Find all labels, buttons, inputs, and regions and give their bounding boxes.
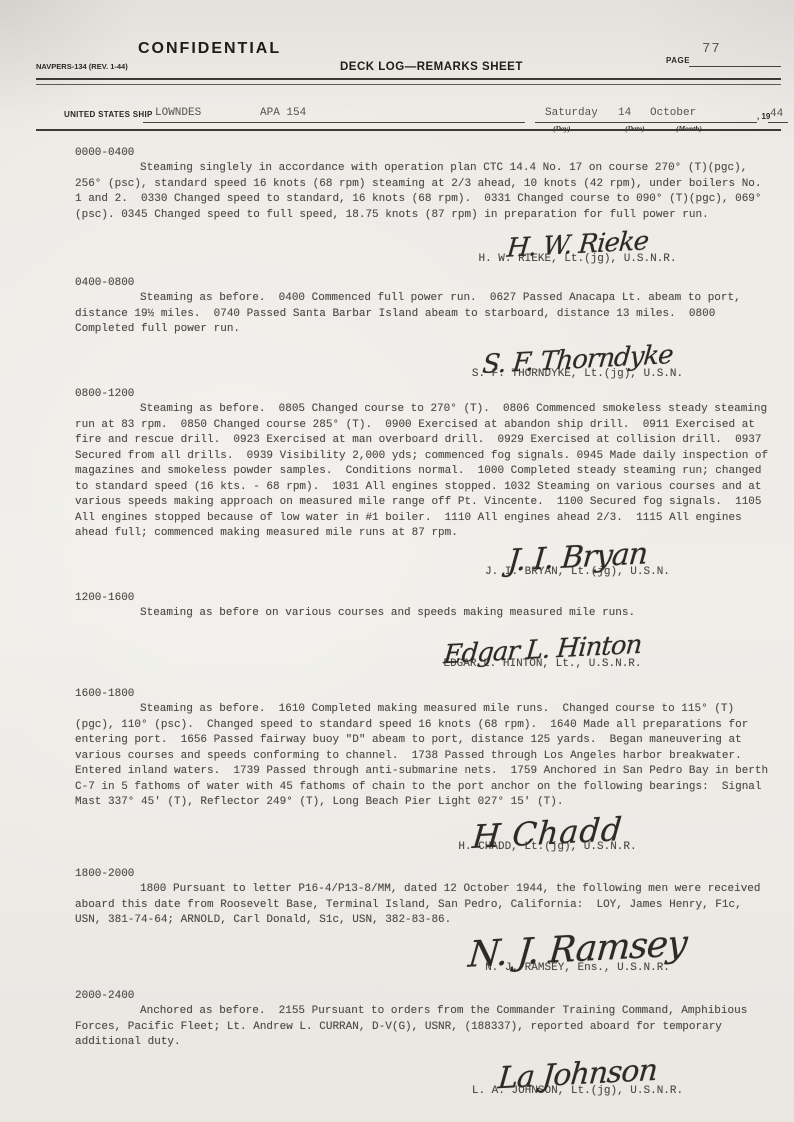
log-entry-2000-2400: 2000-2400 Anchored as before. 2155 Pursu… — [75, 990, 770, 1099]
page-number: 77 — [702, 41, 721, 57]
entry-remarks: Steaming as before on various courses an… — [75, 606, 770, 622]
signature-block: H. W. Rieke H. W. RIEKE, Lt.(jg), U.S.N.… — [405, 231, 750, 268]
signature-block: La Johnson L. A. JOHNSON, Lt.(jg), U.S.N… — [405, 1059, 750, 1100]
form-title: DECK LOG—REMARKS SHEET — [340, 61, 523, 73]
signature-block: Edgar L. Hinton EDGAR L. HINTON, Lt., U.… — [370, 636, 715, 673]
header-double-rule — [36, 78, 781, 85]
date-month: October — [650, 107, 696, 119]
entry-period: 0800-1200 — [75, 388, 770, 401]
page-label: PAGE — [666, 56, 690, 65]
ship-name-field: LOWNDES APA 154 — [143, 104, 525, 123]
classification-stamp: CONFIDENTIAL — [138, 40, 281, 58]
entry-remarks: Steaming as before. 1610 Completed makin… — [75, 702, 770, 811]
entry-remarks: Steaming singlely in accordance with ope… — [75, 161, 770, 223]
entry-remarks: Anchored as before. 2155 Pursuant to ord… — [75, 1004, 770, 1051]
entry-remarks: 1800 Pursuant to letter P16-4/P13-8/MM, … — [75, 882, 770, 929]
log-entry-0800-1200: 0800-1200 Steaming as before. 0805 Chang… — [75, 388, 770, 580]
entry-period: 1800-2000 — [75, 868, 770, 881]
header-bottom-rule — [36, 129, 781, 131]
entry-period: 0400-0800 — [75, 277, 770, 290]
date-year: 44 — [770, 108, 783, 120]
year-field: 44 — [768, 104, 788, 123]
date-date: 14 — [618, 107, 631, 119]
ship-name: LOWNDES — [155, 107, 201, 119]
ship-field-label: UNITED STATES SHIP — [64, 110, 153, 119]
form-number: NAVPERS-134 (REV. 1-44) — [36, 62, 128, 71]
log-entry-1600-1800: 1600-1800 Steaming as before. 1610 Compl… — [75, 688, 770, 855]
signature-block: J. I. Bryan J. I. BRYAN, Lt.(jg), U.S.N. — [405, 544, 750, 581]
page-number-underline — [689, 66, 781, 67]
log-entry-0400-0800: 0400-0800 Steaming as before. 0400 Comme… — [75, 277, 770, 382]
entry-period: 2000-2400 — [75, 990, 770, 1003]
entry-remarks: Steaming as before. 0400 Commenced full … — [75, 291, 770, 338]
log-entry-0000-0400: 0000-0400 Steaming singlely in accordanc… — [75, 147, 770, 268]
date-day: Saturday — [545, 107, 598, 119]
entry-period: 1600-1800 — [75, 688, 770, 701]
date-field: Saturday 14 October — [535, 104, 757, 123]
entry-period: 1200-1600 — [75, 592, 770, 605]
ship-hull-number: APA 154 — [260, 107, 306, 119]
log-entry-1200-1600: 1200-1600 Steaming as before on various … — [75, 592, 770, 672]
signature-block: N. J. Ramsey N. J. RAMSEY, Ens., U.S.N.R… — [405, 929, 750, 977]
entry-remarks: Steaming as before. 0805 Changed course … — [75, 402, 770, 542]
entry-period: 0000-0400 — [75, 147, 770, 160]
deck-log-remarks-sheet: CONFIDENTIAL PAGE 77 NAVPERS-134 (REV. 1… — [0, 0, 794, 1122]
signature-block: S. F. Thorndyke S. F. THORNDYKE, Lt.(jg)… — [405, 346, 750, 383]
signature-block: H Chadd H. CHADD, Lt.(jg), U.S.N.R. — [375, 819, 720, 856]
log-entry-1800-2000: 1800-2000 1800 Pursuant to letter P16-4/… — [75, 868, 770, 976]
